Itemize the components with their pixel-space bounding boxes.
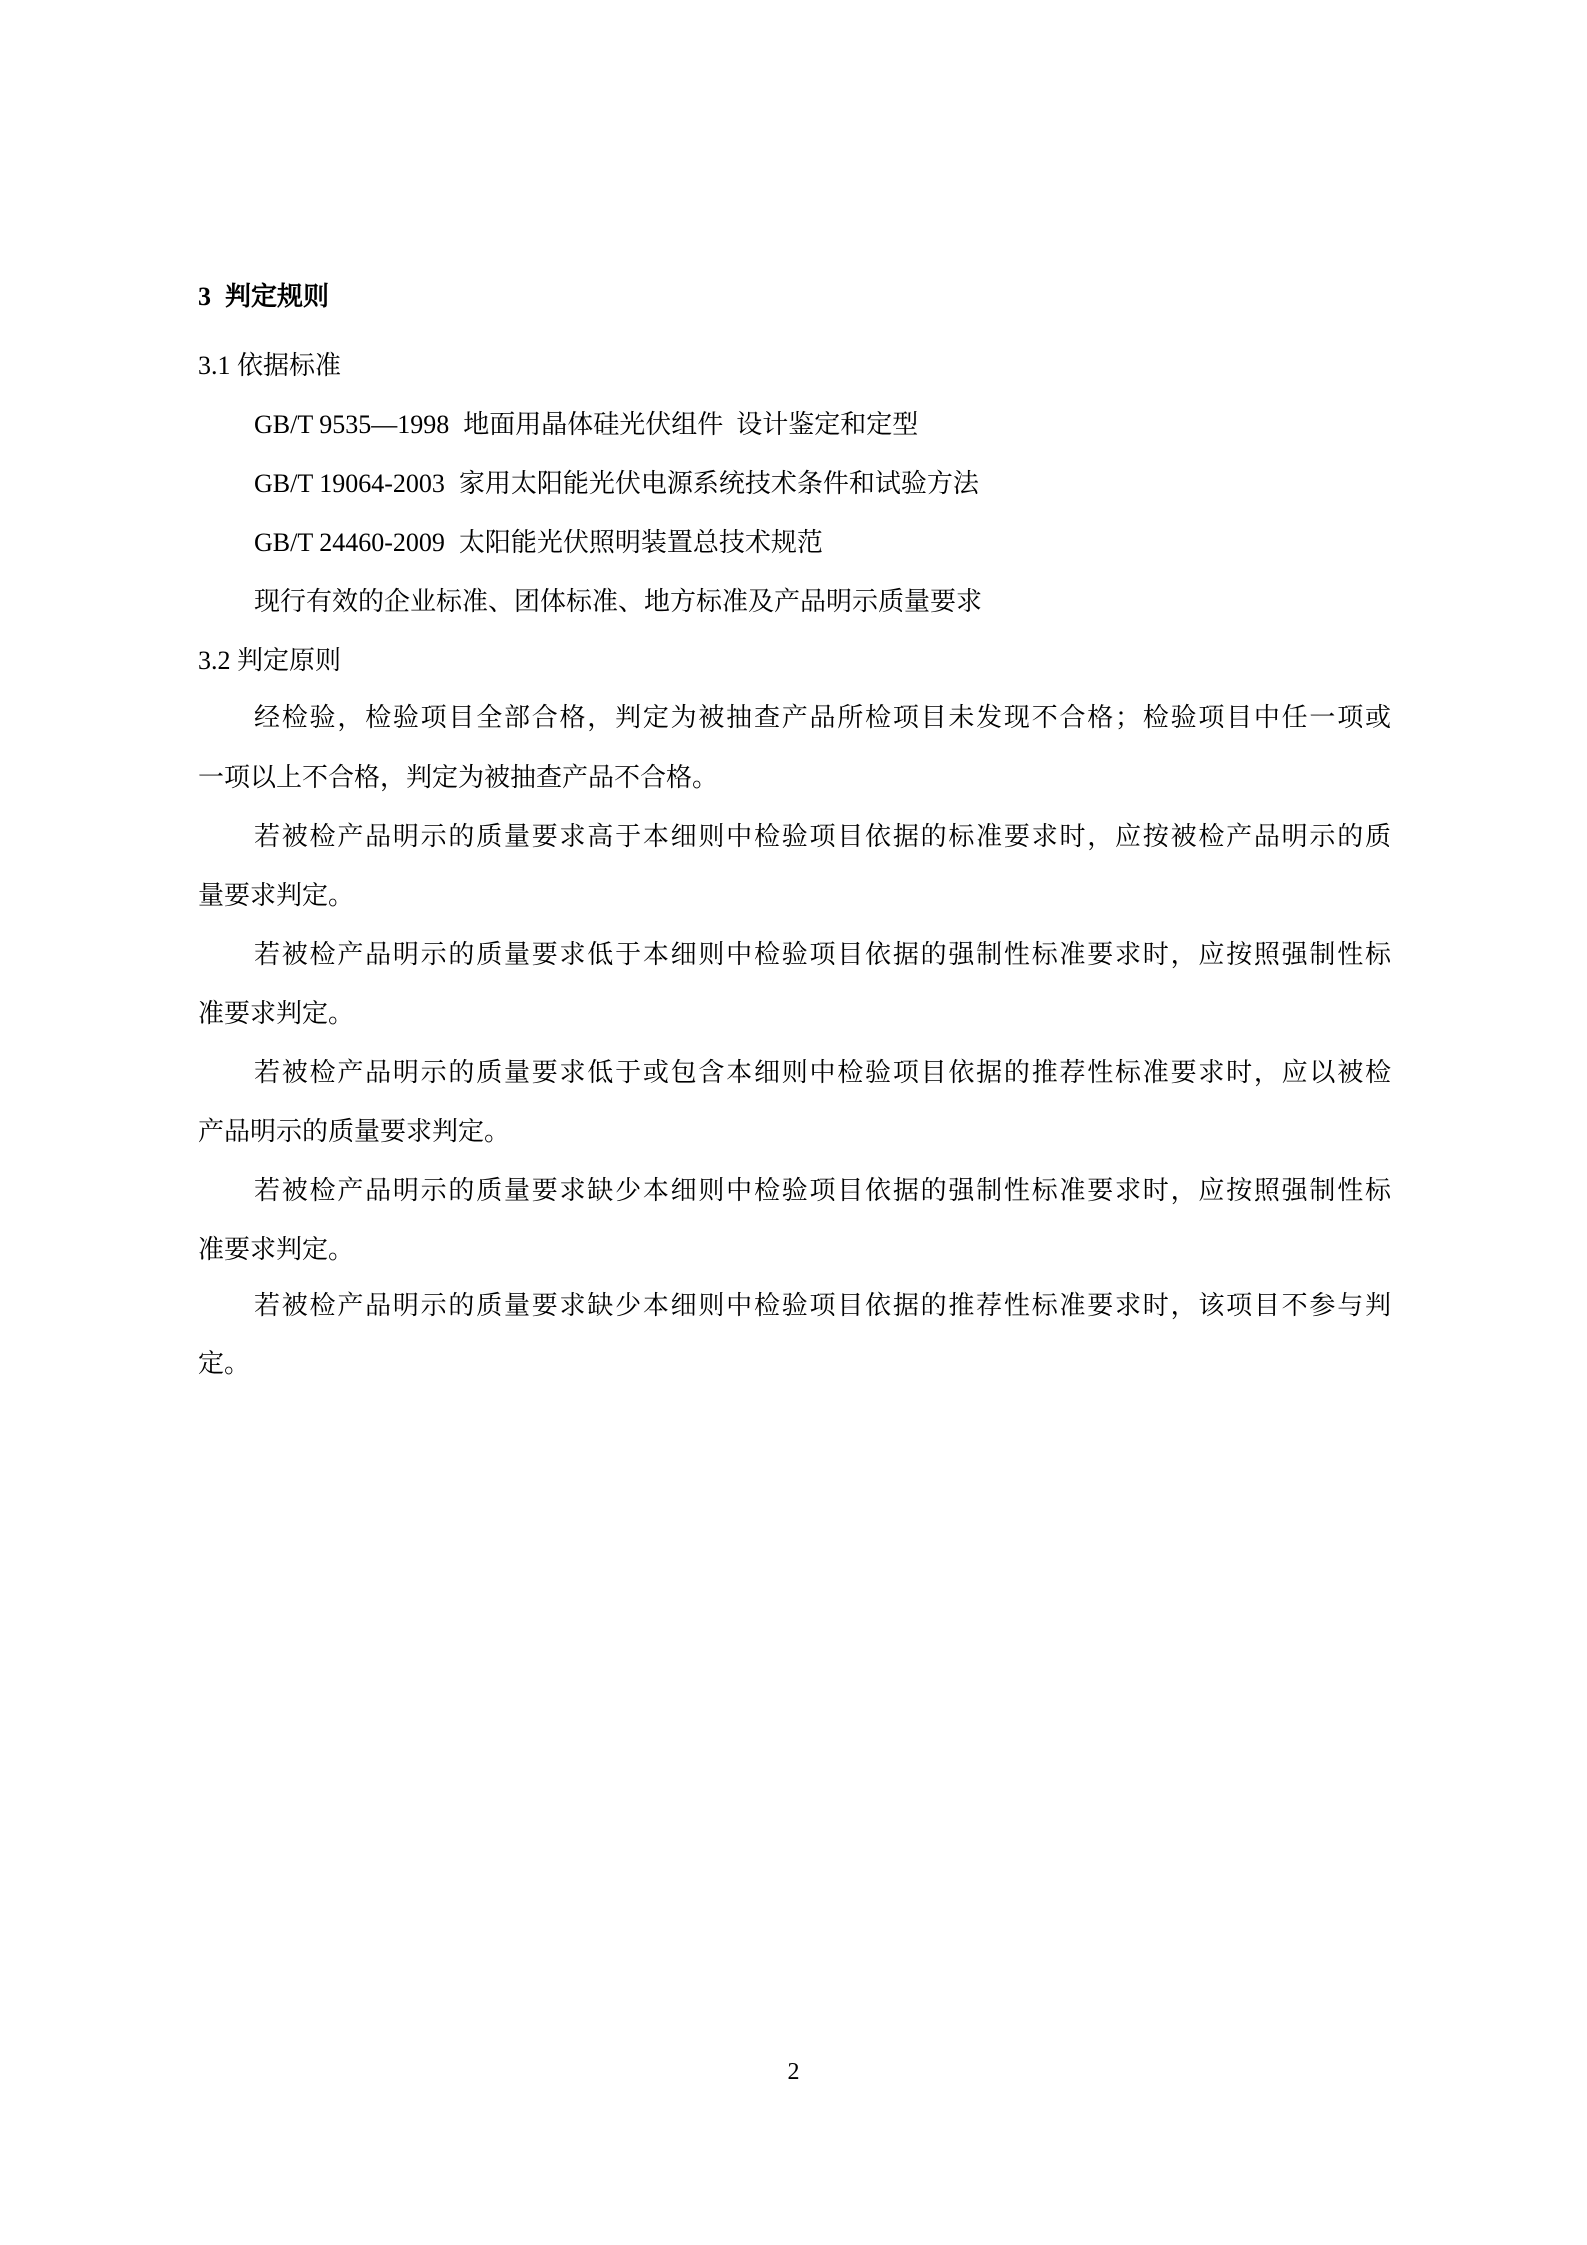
standard-item: GB/T 19064-2003家用太阳能光伏电源系统技术条件和试验方法 (254, 464, 1391, 504)
other-standards: 现行有效的企业标准、团体标准、地方标准及产品明示质量要求 (254, 582, 1391, 622)
standard-title: 地面用晶体硅光伏组件 设计鉴定和定型 (463, 410, 918, 439)
standard-title: 家用太阳能光伏电源系统技术条件和试验方法 (459, 469, 979, 498)
paragraph-line: 若被检产品明示的质量要求缺少本细则中检验项目依据的强制性标准要求时，应按照强制性… (254, 1171, 1391, 1211)
paragraph-line: 一项以上不合格，判定为被抽查产品不合格。 (198, 758, 1391, 798)
standard-code: GB/T 19064-2003 (254, 469, 445, 498)
page-number: 2 (0, 2054, 1587, 2090)
paragraph-line: 定。 (198, 1344, 1391, 1384)
paragraph-line: 若被检产品明示的质量要求高于本细则中检验项目依据的标准要求时，应按被检产品明示的… (254, 817, 1391, 857)
standard-code: GB/T 24460-2009 (254, 528, 445, 557)
section-title: 判定规则 (225, 282, 329, 311)
subsection-heading-3-1: 3.1 依据标准 (198, 346, 1391, 386)
subsection-heading-3-2: 3.2 判定原则 (198, 641, 1391, 681)
section-heading: 3判定规则 (198, 277, 1391, 317)
paragraph-line: 产品明示的质量要求判定。 (198, 1112, 1391, 1152)
section-number: 3 (198, 282, 211, 311)
standard-code: GB/T 9535—1998 (254, 410, 449, 439)
document-page: 3判定规则 3.1 依据标准 GB/T 9535—1998地面用晶体硅光伏组件 … (0, 0, 1587, 2245)
paragraph-line: 若被检产品明示的质量要求缺少本细则中检验项目依据的推荐性标准要求时，该项目不参与… (254, 1286, 1391, 1326)
paragraph-line: 若被检产品明示的质量要求低于或包含本细则中检验项目依据的推荐性标准要求时，应以被… (254, 1053, 1391, 1093)
paragraph-line: 准要求判定。 (198, 994, 1391, 1034)
paragraph-line: 经检验，检验项目全部合格，判定为被抽查产品所检项目未发现不合格；检验项目中任一项… (254, 698, 1391, 738)
standard-title: 太阳能光伏照明装置总技术规范 (459, 528, 823, 557)
paragraph-line: 若被检产品明示的质量要求低于本细则中检验项目依据的强制性标准要求时，应按照强制性… (254, 935, 1391, 975)
paragraph-line: 量要求判定。 (198, 876, 1391, 916)
standard-item: GB/T 24460-2009太阳能光伏照明装置总技术规范 (254, 523, 1391, 563)
standard-item: GB/T 9535—1998地面用晶体硅光伏组件 设计鉴定和定型 (254, 405, 1391, 445)
paragraph-line: 准要求判定。 (198, 1230, 1391, 1270)
